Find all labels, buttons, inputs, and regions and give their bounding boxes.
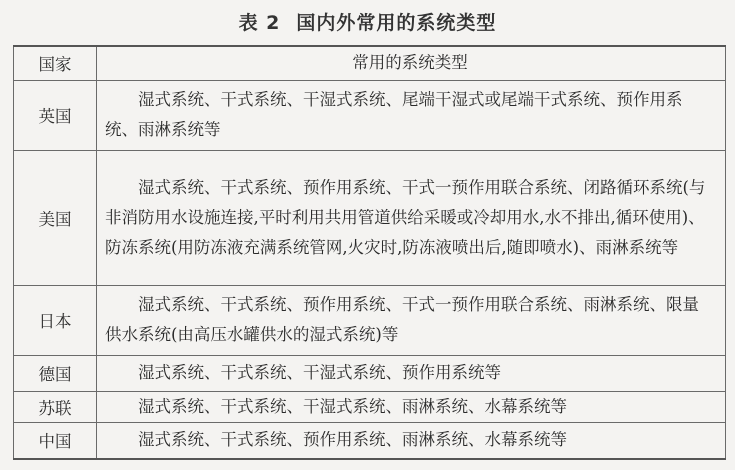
table-row: 中国 湿式系统、干式系统、预作用系统、雨淋系统、水幕系统等	[14, 422, 726, 459]
types-cell: 湿式系统、干式系统、预作用系统、干式一预作用联合系统、雨淋系统、限量供水系统(由…	[97, 285, 726, 355]
types-cell: 湿式系统、干式系统、预作用系统、雨淋系统、水幕系统等	[97, 422, 726, 459]
types-text: 湿式系统、干式系统、预作用系统、干式一预作用联合系统、雨淋系统、限量供水系统(由…	[105, 290, 715, 350]
table-row: 英国 湿式系统、干式系统、干湿式系统、尾端干湿式或尾端干式系统、预作用系统、雨淋…	[14, 80, 726, 150]
table-caption: 表 2国内外常用的系统类型	[0, 8, 735, 35]
table-number: 表 2	[239, 12, 281, 34]
country-cell: 日本	[14, 285, 97, 355]
country-cell: 苏联	[14, 391, 97, 422]
types-text: 湿式系统、干式系统、干湿式系统、尾端干湿式或尾端干式系统、预作用系统、雨淋系统等	[105, 85, 715, 145]
table-header-row: 国家 常用的系统类型	[14, 46, 726, 80]
header-country: 国家	[14, 46, 97, 80]
country-cell: 德国	[14, 355, 97, 391]
types-text: 湿式系统、干式系统、干湿式系统、预作用系统等	[105, 358, 715, 388]
types-text: 湿式系统、干式系统、预作用系统、干式一预作用联合系统、闭路循环系统(与非消防用水…	[105, 173, 715, 263]
country-cell: 英国	[14, 80, 97, 150]
table-row: 德国 湿式系统、干式系统、干湿式系统、预作用系统等	[14, 355, 726, 391]
types-text: 湿式系统、干式系统、预作用系统、雨淋系统、水幕系统等	[105, 425, 715, 455]
types-cell: 湿式系统、干式系统、干湿式系统、预作用系统等	[97, 355, 726, 391]
table-row: 美国 湿式系统、干式系统、预作用系统、干式一预作用联合系统、闭路循环系统(与非消…	[14, 150, 726, 285]
table-row: 日本 湿式系统、干式系统、预作用系统、干式一预作用联合系统、雨淋系统、限量供水系…	[14, 285, 726, 355]
table-title: 国内外常用的系统类型	[296, 12, 496, 34]
types-text: 湿式系统、干式系统、干湿式系统、雨淋系统、水幕系统等	[105, 392, 715, 422]
types-cell: 湿式系统、干式系统、预作用系统、干式一预作用联合系统、闭路循环系统(与非消防用水…	[97, 150, 726, 285]
header-system-types: 常用的系统类型	[97, 46, 726, 80]
types-cell: 湿式系统、干式系统、干湿式系统、雨淋系统、水幕系统等	[97, 391, 726, 422]
types-cell: 湿式系统、干式系统、干湿式系统、尾端干湿式或尾端干式系统、预作用系统、雨淋系统等	[97, 80, 726, 150]
system-types-table: 国家 常用的系统类型 英国 湿式系统、干式系统、干湿式系统、尾端干湿式或尾端干式…	[13, 45, 726, 460]
country-cell: 中国	[14, 422, 97, 459]
country-cell: 美国	[14, 150, 97, 285]
table-row: 苏联 湿式系统、干式系统、干湿式系统、雨淋系统、水幕系统等	[14, 391, 726, 422]
